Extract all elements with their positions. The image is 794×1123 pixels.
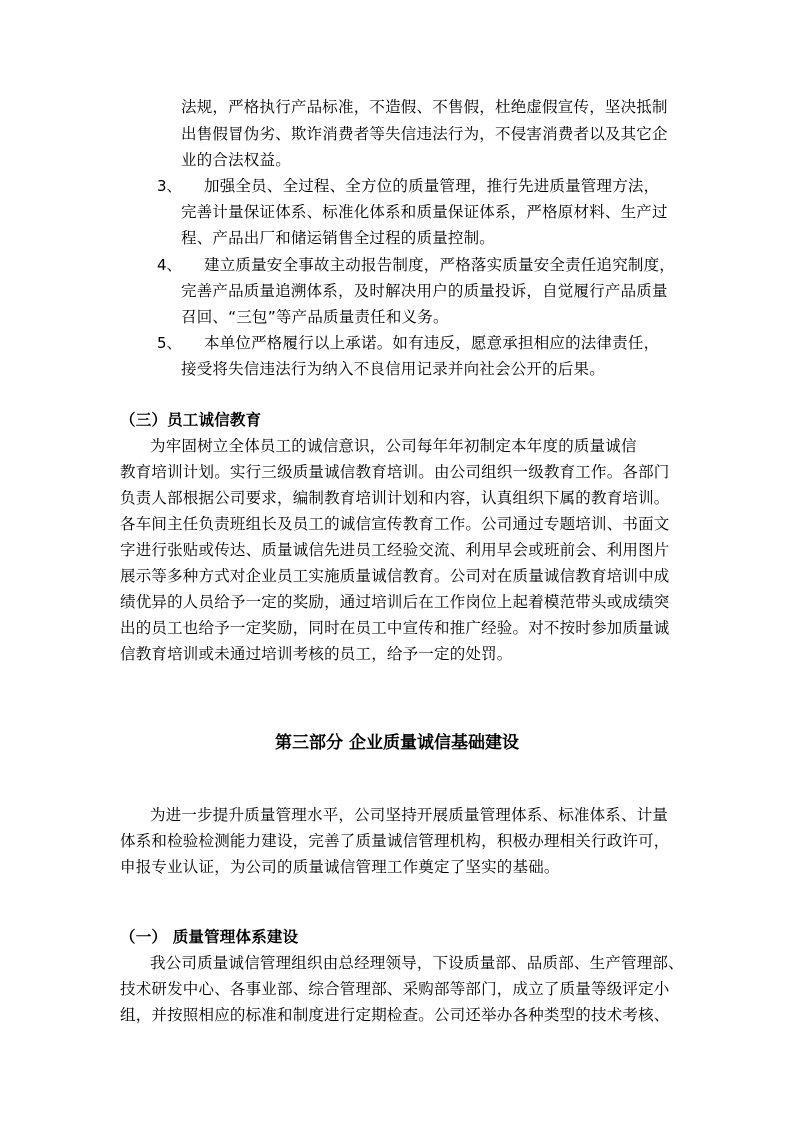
paragraph-line: 各车间主任负责班组长及员工的诚信宣传教育工作。公司通过专题培训、书面文: [120, 514, 670, 534]
paragraph-line: 业的合法权益。: [181, 150, 291, 170]
part-title: 第三部分 企业质量诚信基础建设: [0, 732, 794, 754]
paragraph-line: 为进一步提升质量管理水平，公司坚持开展质量管理体系、标准体系、计量: [150, 805, 668, 825]
paragraph-line: 信教育培训或未通过培训考核的员工，给予一定的处罚。: [120, 644, 513, 664]
paragraph-line: 展示等多种方式对企业员工实施质量诚信教育。公司对在质量诚信教育培训中成: [120, 566, 670, 586]
list-item-number: 5、: [157, 333, 182, 353]
paragraph-line: 出售假冒伪劣、欺诈消费者等失信违法行为，不侵害消费者以及其它企: [181, 124, 668, 144]
list-item-line: 接受将失信违法行为纳入不良信用记录并向社会公开的后果。: [181, 359, 605, 379]
paragraph-line: 法规，严格执行产品标准，不造假、不售假，杜绝虚假宣传，坚决抵制: [181, 97, 668, 117]
paragraph-line: 字进行张贴或传达、质量诚信先进员工经验交流、利用早会或班前会、利用图片: [120, 540, 670, 560]
paragraph-line: 教育培训计划。实行三级质量诚信教育培训。由公司组织一级教育工作。各部门: [120, 462, 670, 482]
paragraph-line: 体系和检验检测能力建设，完善了质量诚信管理机构，积极办理相关行政许可，: [120, 831, 670, 851]
paragraph-line: 出的员工也给予一定奖励，同时在员工中宣传和推广经验。对不按时参加质量诚: [120, 618, 670, 638]
list-item-number: 4、: [157, 255, 182, 275]
list-item-line: 完善计量保证体系、标准化体系和质量保证体系，严格原材料、生产过: [181, 202, 668, 222]
list-item-line: 程、产品出厂和储运销售全过程的质量控制。: [181, 228, 495, 248]
section-heading: （一） 质量管理体系建设: [120, 927, 298, 947]
paragraph-line: 组，并按照相应的标准和制度进行定期检查。公司还举办各种类型的技术考核、: [120, 1005, 670, 1025]
list-item-line: 本单位严格履行以上承诺。如有违反，愿意承担相应的法律责任，: [204, 333, 659, 353]
list-item-line: 加强全员、全过程、全方位的质量管理，推行先进质量管理方法，: [204, 176, 659, 196]
list-item-number: 3、: [157, 176, 182, 196]
paragraph-line: 技术研发中心、各事业部、综合管理部、采购部等部门，成立了质量等级评定小: [120, 979, 670, 999]
list-item-line: 召回、“三包”等产品质量责任和义务。: [181, 307, 449, 327]
paragraph-line: 我公司质量诚信管理组织由总经理领导，下设质量部、品质部、生产管理部、: [150, 953, 684, 973]
document-page: 法规，严格执行产品标准，不造假、不售假，杜绝虚假宣传，坚决抵制 出售假冒伪劣、欺…: [0, 0, 794, 1123]
paragraph-line: 申报专业认证，为公司的质量诚信管理工作奠定了坚实的基础。: [120, 857, 560, 877]
paragraph-line: 绩优异的人员给予一定的奖励，通过培训后在工作岗位上起着模范带头或成绩突: [120, 592, 670, 612]
paragraph-line: 负责人部根据公司要求，编制教育培训计划和内容，认真组织下属的教育培训。: [120, 488, 670, 508]
paragraph-line: 为牢固树立全体员工的诚信意识，公司每年年初制定本年度的质量诚信: [150, 436, 637, 456]
section-heading: （三）员工诚信教育: [120, 410, 261, 430]
list-item-line: 完善产品质量追溯体系，及时解决用户的质量投诉，自觉履行产品质量: [181, 281, 668, 301]
list-item-line: 建立质量安全事故主动报告制度，严格落实质量安全责任追究制度，: [204, 255, 675, 275]
